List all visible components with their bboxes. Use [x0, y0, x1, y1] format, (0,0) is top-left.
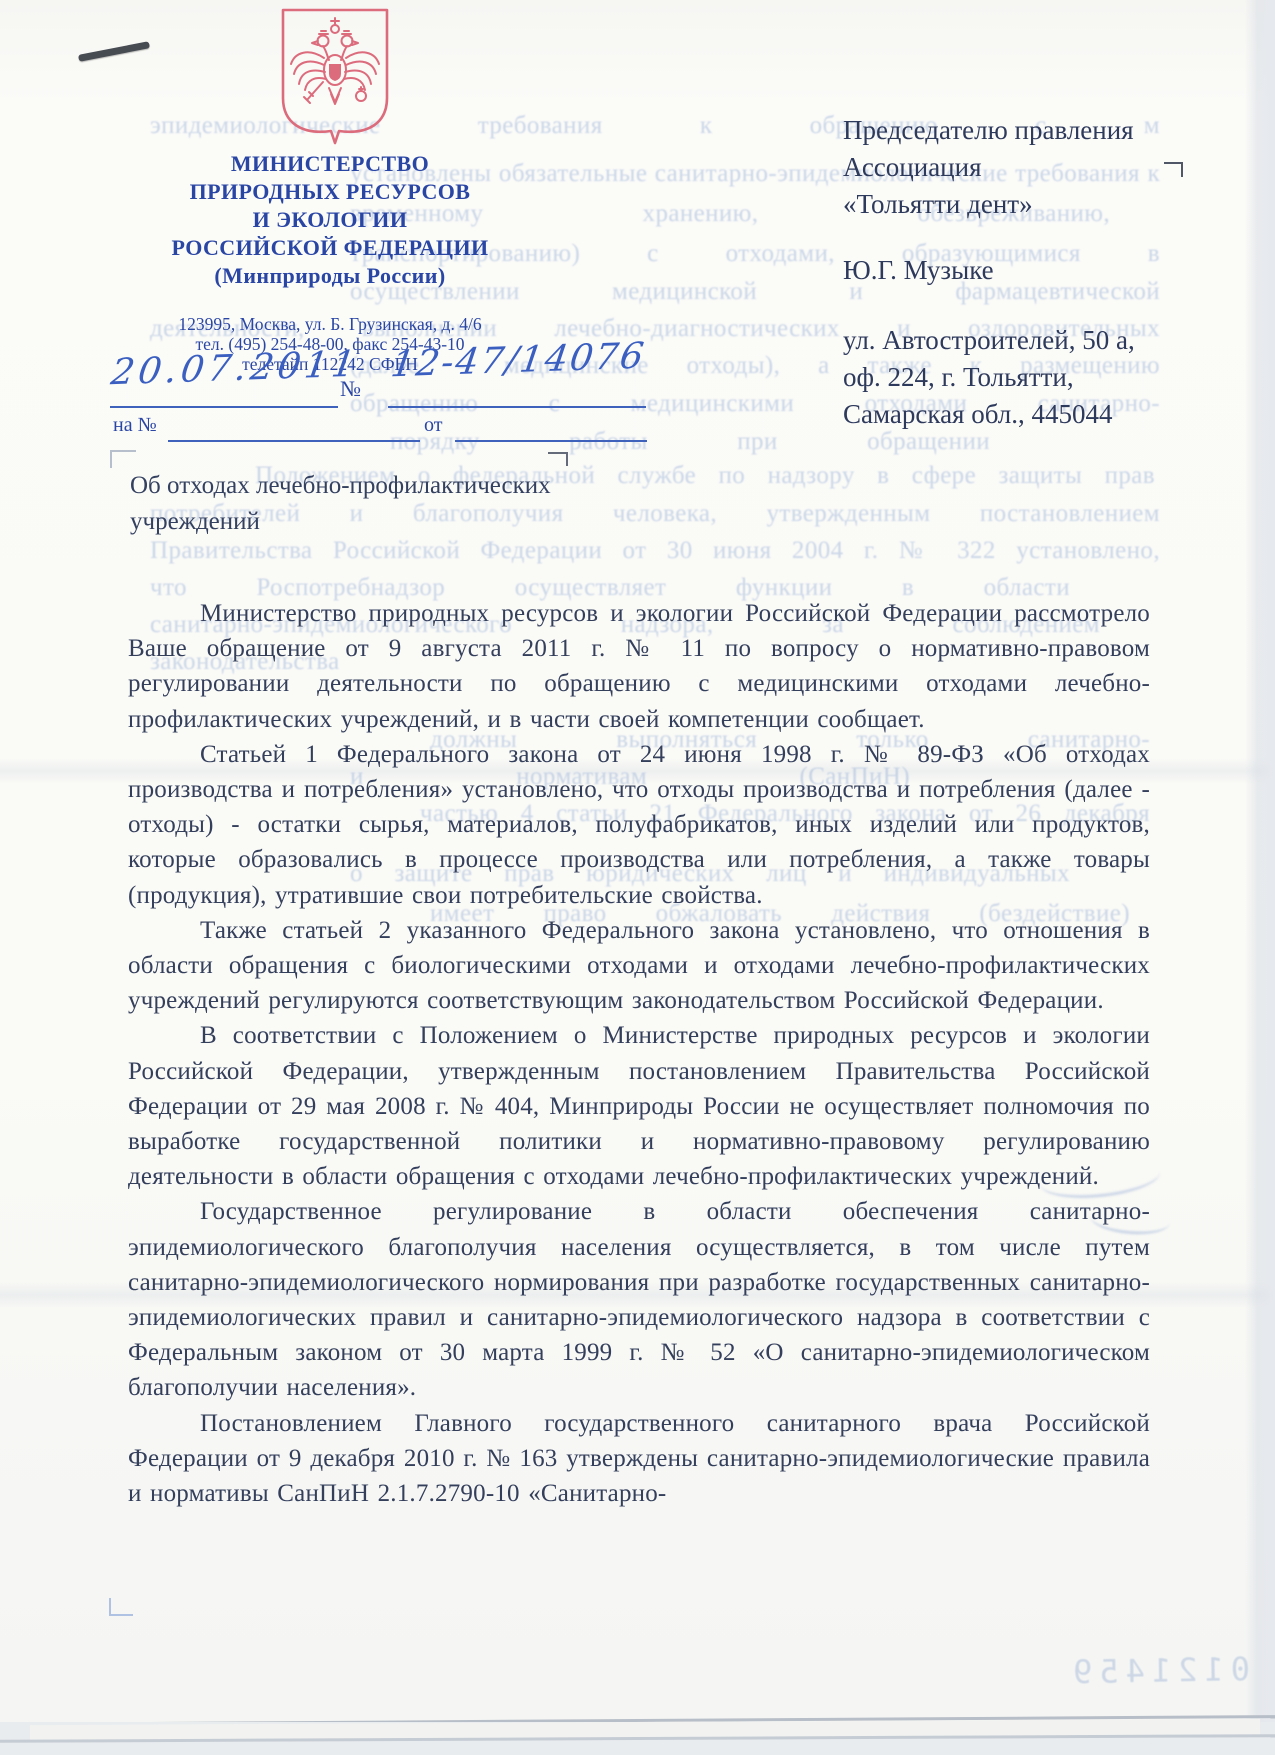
subject-line: Об отходах лечебно-профилактических учре… [130, 468, 600, 540]
reply-to-number-label: на № [113, 414, 157, 437]
ministry-title-line: (Минприроды России) [120, 262, 540, 290]
addressee-line: ул. Автостроителей, 50 а, [843, 322, 1203, 359]
letter-body: Министерство природных ресурсов и эколог… [128, 596, 1150, 1511]
corner-mark-middle [548, 452, 568, 466]
body-paragraph: В соответствии с Положением о Министерст… [128, 1018, 1150, 1194]
scanned-letter-page: эпидемиологические требования к обращени… [0, 0, 1275, 1755]
reply-date-underline [455, 440, 647, 442]
addressee-line: Самарская обл., 445044 [843, 396, 1203, 433]
ministry-title-line: РОССИЙСКОЙ ФЕДЕРАЦИИ [120, 234, 540, 262]
reply-number-underline [168, 440, 420, 442]
addressee-line: «Тольятти дент» [843, 186, 1203, 223]
addressee-line: Ю.Г. Музыке [843, 252, 1203, 289]
addressee-line: оф. 224, г. Тольятти, [843, 359, 1203, 396]
coat-of-arms-icon [277, 6, 393, 148]
addressee-line: Ассоциация [843, 149, 1203, 186]
number-sign: № [340, 376, 361, 402]
ministry-title-line: МИНИСТЕРСТВО [120, 150, 540, 178]
corner-mark-bottom-left [109, 1598, 133, 1616]
number-underline [388, 406, 646, 408]
ministry-title-line: И ЭКОЛОГИИ [120, 206, 540, 234]
mirrored-stamp-number: 0121459 [1030, 1650, 1251, 1692]
ministry-title-block: МИНИСТЕРСТВОПРИРОДНЫХ РЕСУРСОВИ ЭКОЛОГИИ… [120, 150, 540, 290]
ministry-contact-line: 123995, Москва, ул. Б. Грузинская, д. 4/… [100, 314, 560, 334]
body-paragraph: Министерство природных ресурсов и эколог… [128, 596, 1150, 737]
body-paragraph: Статьей 1 Федерального закона от 24 июня… [128, 737, 1150, 913]
ministry-title-line: ПРИРОДНЫХ РЕСУРСОВ [120, 178, 540, 206]
body-paragraph: Также статьей 2 указанного Федерального … [128, 913, 1150, 1019]
corner-mark-top-left [110, 450, 136, 468]
date-underline [110, 406, 338, 408]
body-paragraph: Государственное регулирование в области … [128, 1194, 1150, 1405]
body-paragraph: Постановлением Главного государственного… [128, 1406, 1150, 1512]
addressee-line: Председателю правления [843, 112, 1203, 149]
paper-edge-right [1245, 0, 1275, 1722]
reply-from-label: от [424, 414, 442, 437]
addressee-block: Председателю правленияАссоциация«Тольятт… [843, 112, 1203, 433]
